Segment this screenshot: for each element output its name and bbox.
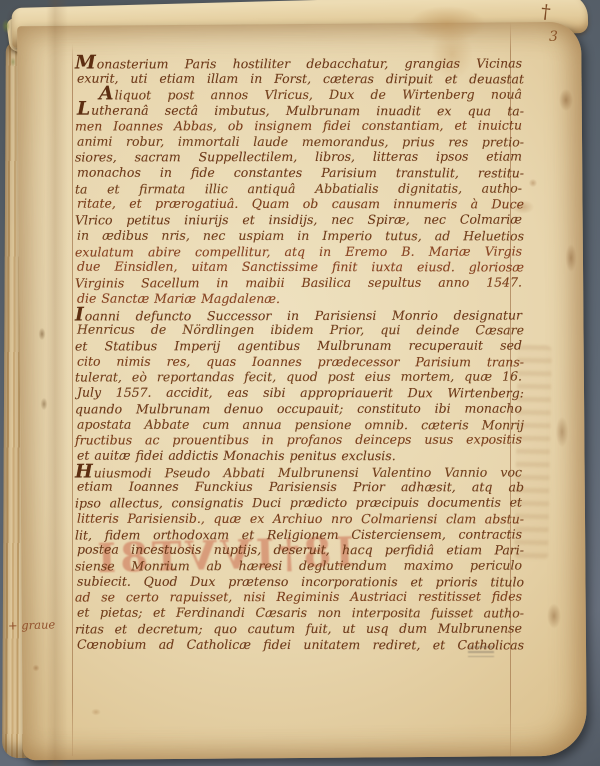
- manuscript-line: Lutheranâ sectâ imbutus, Mulbrunam inuad…: [77, 102, 524, 118]
- manuscript-line: ritate, et prærogatiuâ. Quam ob causam i…: [77, 196, 524, 212]
- manuscript-line: fructibus ac prouentibus in profanos dei…: [75, 432, 522, 449]
- manuscript-line: litteris Parisiensib., quæ ex Archiuo nr…: [77, 510, 524, 526]
- manuscript-line: postea incestuosis nuptijs, deseruit, ha…: [77, 542, 524, 558]
- manuscript-line: Ioanni defuncto Successor in Parisiensi …: [75, 306, 522, 323]
- manuscript-line: Huiusmodi Pseudo Abbati Mulbrunensi Vale…: [75, 463, 522, 480]
- manuscript-line: etiam Ioannes Funckius Parisiensis Prior…: [77, 479, 524, 495]
- manuscript-line: Cœnobium ad Catholicæ fidei unitatem red…: [77, 636, 524, 652]
- margin-note: + graue: [8, 617, 56, 632]
- manuscript-line: ipso allectus, consignatis Duci prædicto…: [75, 495, 522, 512]
- manuscript-line: apostata Abbate cum annua pensione omnib…: [77, 416, 524, 432]
- manuscript-text: Monasterium Paris hostiliter debacchatur…: [76, 55, 523, 652]
- manuscript-line: siores, sacram Suppellectilem, libros, l…: [75, 149, 522, 166]
- manuscript-line: Henricus de Nördlingen ibidem Prior, qui…: [77, 322, 524, 338]
- manuscript-line: monachos in fide constantes Parisium tra…: [77, 165, 524, 181]
- manuscript-line: cito nimis res, quas Ioannes prædecessor…: [77, 353, 524, 369]
- manuscript-line: Aliquot post annos Vlricus, Dux de Wirte…: [75, 86, 522, 103]
- margin-rule-left: [72, 44, 73, 756]
- manuscript-line: exulatum abire compellitur, atq in Eremo…: [75, 243, 522, 260]
- photo-background: I8†IVVT8I † 3 + graue Monasterium Paris …: [0, 0, 600, 766]
- manuscript-line: July 1557. accidit, eas sibi appropriaue…: [77, 385, 524, 401]
- manuscript-line: Virginis Sacellum in maibii Basilica sep…: [75, 275, 522, 292]
- folio-number: 3: [549, 29, 558, 45]
- manuscript-line: tulerat, eò reportandas fecit, quod post…: [75, 369, 522, 386]
- manuscript-line: exurit, uti etiam illam in Forst, cætera…: [77, 70, 524, 86]
- manuscript-line: Monasterium Paris hostiliter debacchatur…: [75, 55, 522, 72]
- manuscript-line: ta et firmata illic antiquâ Abbatialis d…: [75, 180, 522, 197]
- manuscript-line: ritas et decretum; quo cautum fuit, ut u…: [75, 620, 522, 637]
- manuscript-line: quando Mulbrunam denuo occupauit; consti…: [75, 400, 522, 417]
- manuscript-line: due Einsidlen, uitam Sanctissime finit i…: [77, 259, 524, 275]
- manuscript-line: die Sanctæ Mariæ Magdalenæ.: [77, 290, 524, 306]
- manuscript-line: et Statibus Imperij agentibus Mulbrunam …: [75, 337, 522, 354]
- manuscript-line: lit, fidem orthodoxam et Religionem Cist…: [75, 526, 522, 543]
- manuscript-line: men Ioannes Abbas, ob insignem fidei con…: [75, 117, 522, 134]
- manuscript-line: ad se certo rapuisset, nisi Regiminis Au…: [75, 589, 522, 606]
- manuscript-line: animi robur, immortali laude memorandus,…: [77, 133, 524, 149]
- manuscript-line: in ædibus nris, nec uspiam in Imperio tu…: [77, 228, 524, 244]
- manuscript-line: et auitæ fidei addictis Monachis penitus…: [77, 448, 524, 464]
- manuscript-line: et pietas; et Ferdinandi Cæsaris non int…: [77, 605, 524, 621]
- manuscript-line: siense Monrium ab hæresi deglutiendum ma…: [75, 558, 522, 575]
- manuscript-line: subiecit. Quod Dux prætenso incorporatio…: [77, 573, 524, 589]
- manuscript-line: Vlrico petitus iniurijs et insidijs, nec…: [75, 212, 522, 229]
